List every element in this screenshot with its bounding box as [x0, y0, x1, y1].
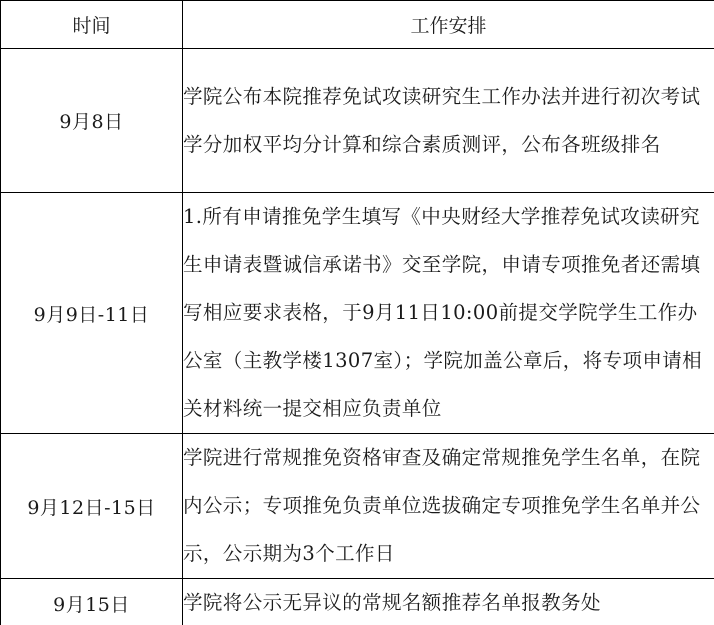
work-cell: 学院公布本院推荐免试攻读研究生工作办法并进行初次考试学分加权平均分计算和综合素质…	[183, 49, 714, 193]
table-row: 9月9日-11日 1.所有申请推免学生填写《中央财经大学推荐免试攻读研究生申请表…	[1, 193, 714, 434]
time-cell: 9月15日	[1, 579, 183, 625]
time-cell: 9月8日	[1, 49, 183, 193]
header-row: 时间 工作安排	[1, 1, 714, 49]
table-row: 9月12日-15日 学院进行常规推免资格审查及确定常规推免学生名单，在院内公示；…	[1, 434, 714, 579]
time-cell: 9月9日-11日	[1, 193, 183, 434]
work-cell: 1.所有申请推免学生填写《中央财经大学推荐免试攻读研究生申请表暨诚信承诺书》交至…	[183, 193, 714, 434]
header-work: 工作安排	[183, 1, 714, 49]
table-row: 9月15日 学院将公示无异议的常规名额推荐名单报教务处	[1, 579, 714, 625]
work-cell: 学院进行常规推免资格审查及确定常规推免学生名单，在院内公示；专项推免负责单位选拔…	[183, 434, 714, 579]
schedule-table: 时间 工作安排 9月8日 学院公布本院推荐免试攻读研究生工作办法并进行初次考试学…	[0, 0, 714, 625]
header-time: 时间	[1, 1, 183, 49]
work-cell: 学院将公示无异议的常规名额推荐名单报教务处	[183, 579, 714, 625]
time-cell: 9月12日-15日	[1, 434, 183, 579]
table-row: 9月8日 学院公布本院推荐免试攻读研究生工作办法并进行初次考试学分加权平均分计算…	[1, 49, 714, 193]
